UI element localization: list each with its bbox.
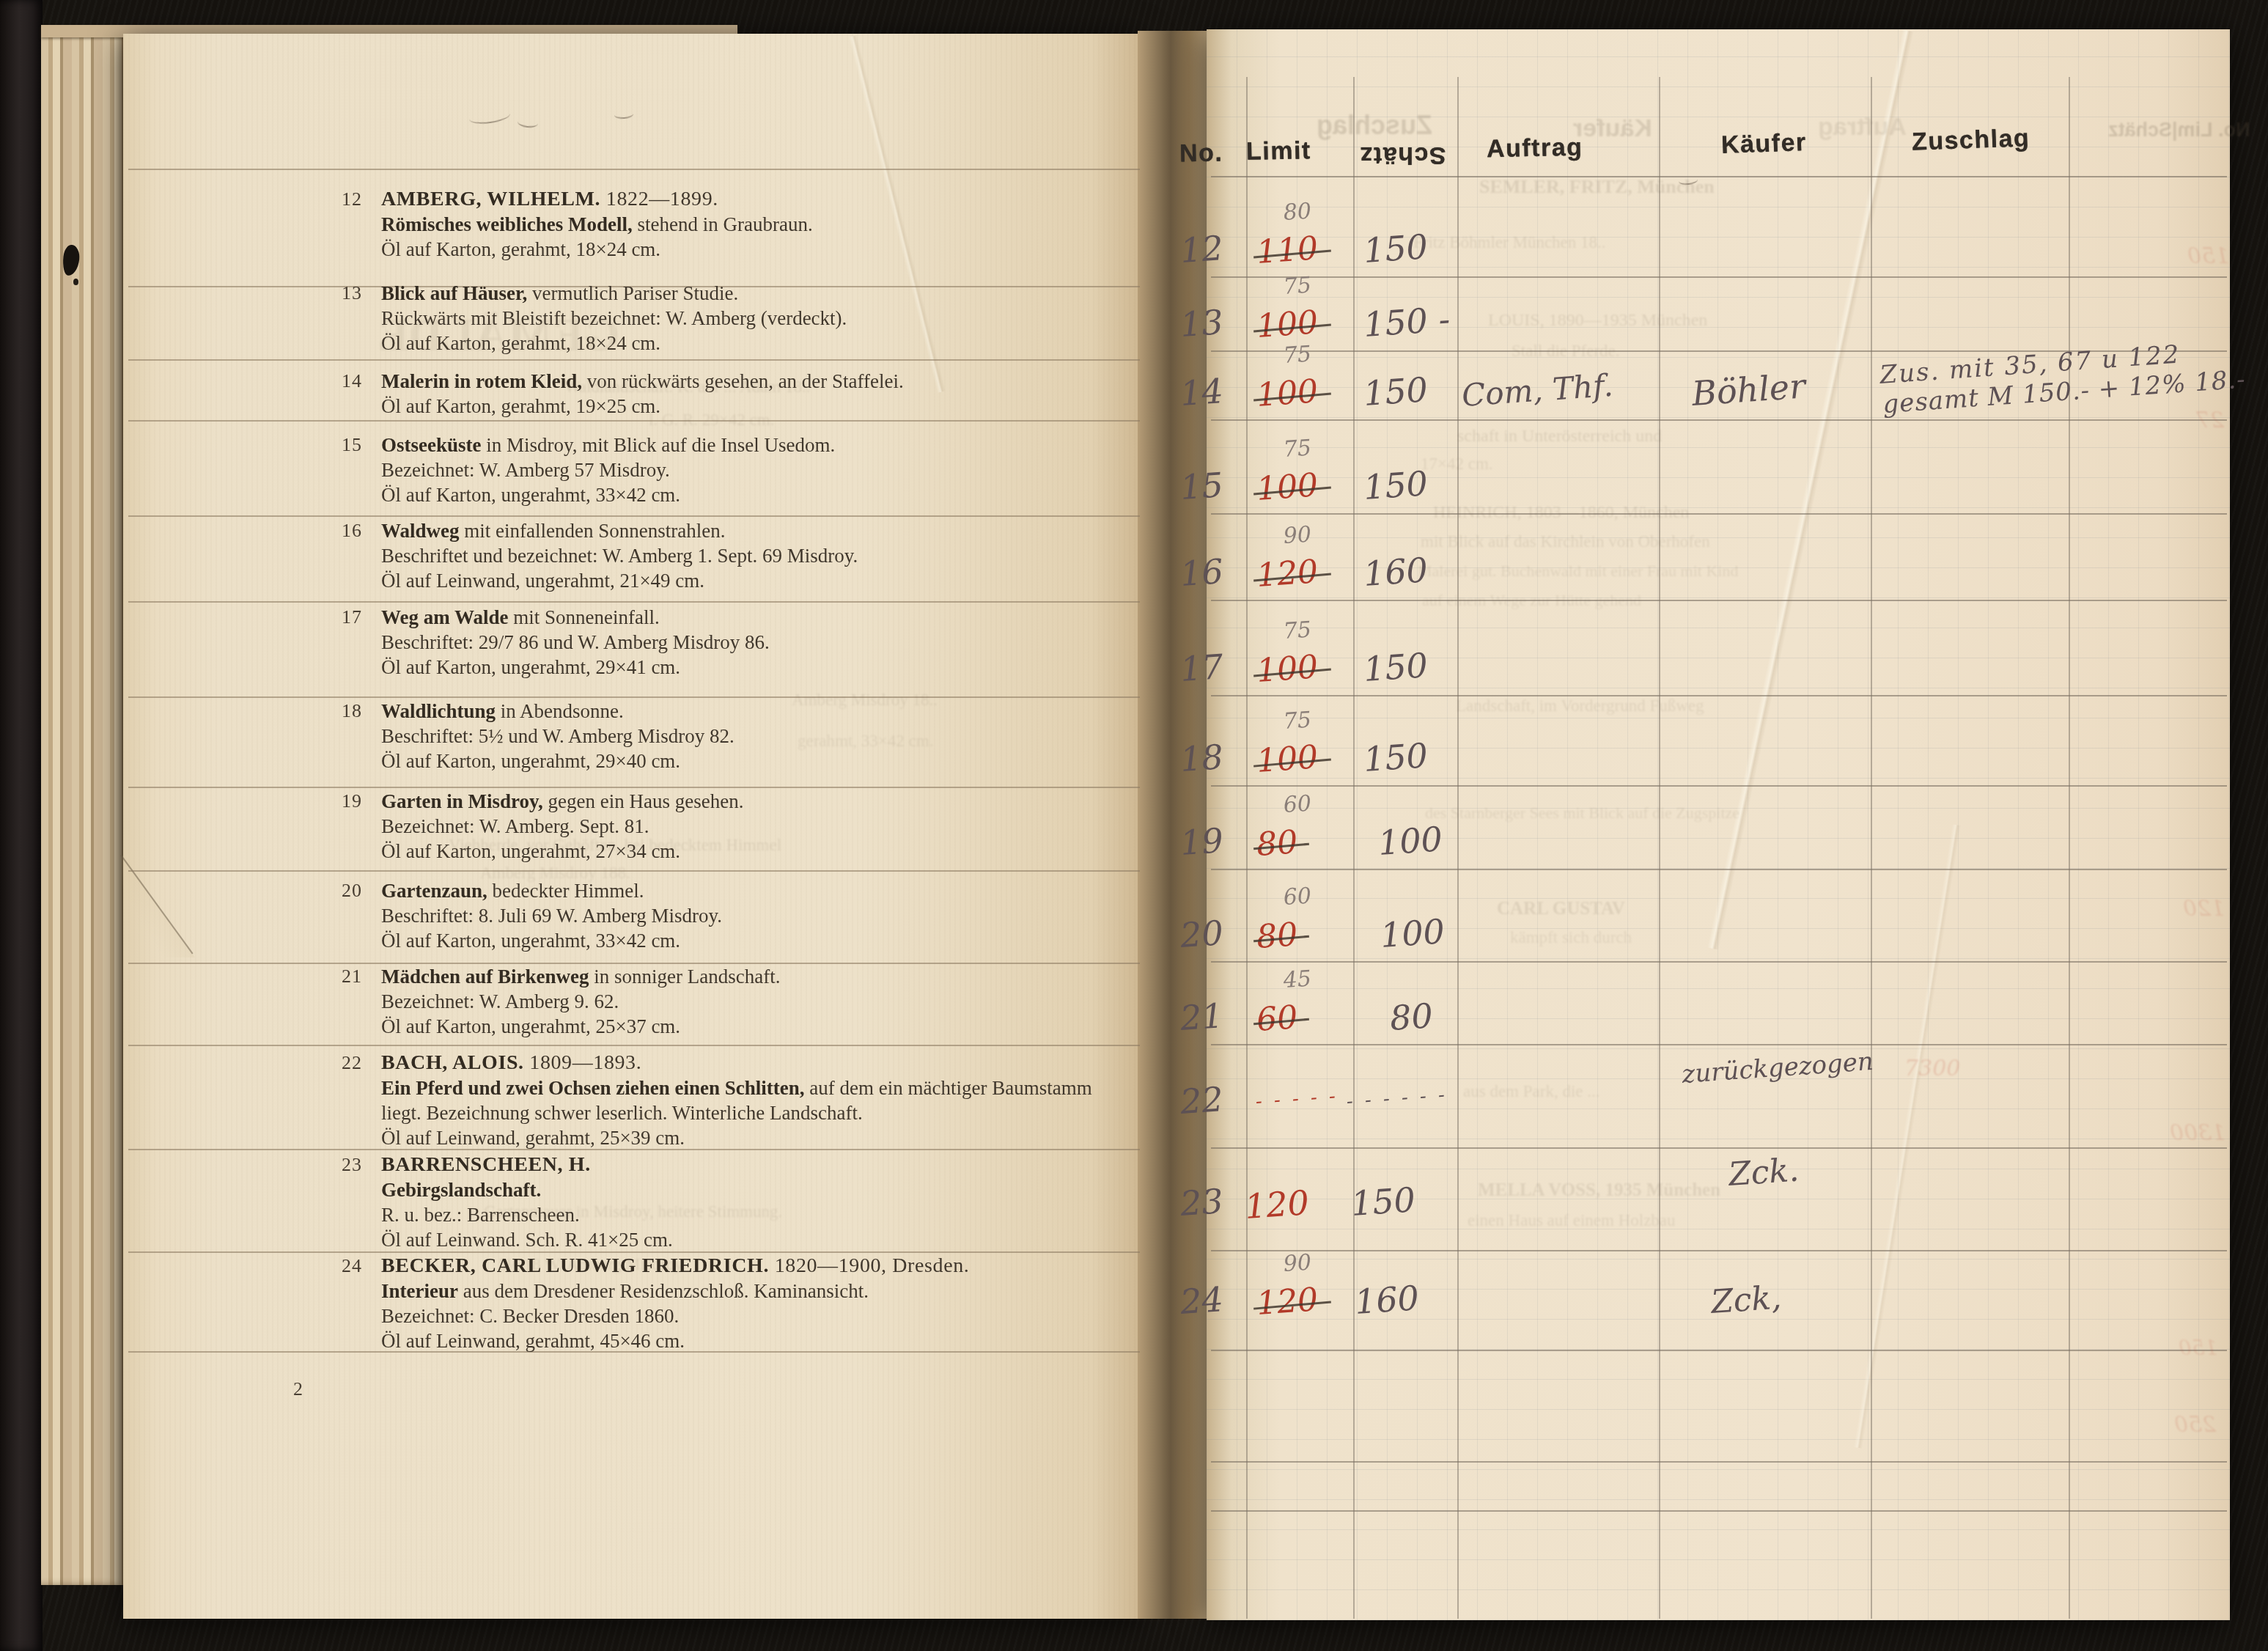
catalog-entry-lines: Gartenzaun, bedeckter Himmel.Beschriftet…	[381, 878, 722, 953]
catalog-entry-line: Bezeichnet: W. Amberg. Sept. 81.	[381, 814, 743, 839]
catalog-entry-line: liegt. Bezeichnung schwer leserlich. Win…	[381, 1100, 1092, 1125]
catalog-entry-line: Ostseeküste in Misdroy, mit Blick auf di…	[381, 433, 835, 457]
catalog-entry-number: 23	[315, 1152, 362, 1252]
limit-old-value: 100	[1255, 372, 1319, 414]
entry-line-text: liegt. Bezeichnung schwer leserlich. Win…	[381, 1102, 863, 1124]
catalog-entry-number: 18	[315, 699, 362, 773]
catalog-entry-line: Garten in Misdroy, gegen ein Haus gesehe…	[381, 789, 743, 814]
entry-line-text: in sonniger Landschaft.	[589, 966, 781, 988]
catalog-entry-line: Mädchen auf Birkenweg in sonniger Landsc…	[381, 964, 780, 989]
printed-rule-line	[128, 870, 1140, 872]
catalog-entry-number: 16	[315, 518, 362, 593]
estimate-value: 150	[1362, 735, 1429, 779]
lot-number-handwritten: 23	[1179, 1181, 1224, 1224]
catalog-entry-number: 14	[315, 369, 362, 419]
ink-blot	[73, 279, 78, 285]
ghost-bleedthrough-text: des Starnberger Sees mit Blick auf die Z…	[1425, 804, 1739, 823]
entry-line-text: Öl auf Karton, gerahmt, 18×24 cm.	[381, 238, 660, 260]
ghost-bleedthrough-text: Viehherde, vor Gehöften, bei bedecktem H…	[449, 836, 781, 855]
limit-new-value: 80	[1283, 198, 1313, 226]
entry-line-text: Öl auf Karton, ungerahmt, 29×40 cm.	[381, 750, 680, 772]
entry-line-bold: Waldlichtung	[381, 700, 496, 722]
catalog-entry-line: Bezeichnet: C. Becker Dresden 1860.	[381, 1303, 969, 1328]
catalog-entry-line: Ein Pferd und zwei Ochsen ziehen einen S…	[381, 1075, 1092, 1100]
entry-line-text: Öl auf Leinwand, gerahmt, 45×46 cm.	[381, 1330, 685, 1352]
entry-line-bold: Interieur	[381, 1280, 458, 1302]
limit-new-value: 60	[1283, 883, 1313, 911]
entry-line-text: stehend in Graubraun.	[633, 213, 813, 235]
ghost-bleedthrough-text: 5½ 18 W. Amberg Misdroy.	[498, 1255, 686, 1274]
limit-new-value: 90	[1283, 521, 1313, 549]
ghost-bleedthrough-text: 17×42 cm.	[1421, 455, 1493, 474]
estimate-value: 160	[1353, 1278, 1420, 1322]
ledger-rule-line	[1211, 1250, 2227, 1251]
catalog-entry-lines: Mädchen auf Birkenweg in sonniger Landsc…	[381, 964, 780, 1039]
column-header-limit: Limit	[1246, 136, 1311, 166]
lot-number-handwritten: 18	[1179, 737, 1224, 779]
limit-new-value: 75	[1283, 707, 1313, 735]
buyer-note: Zck,	[1709, 1279, 1782, 1321]
ledger-rule-line	[1211, 785, 2227, 787]
ghost-bleedthrough-text: Käufer	[1573, 114, 1652, 143]
limit-new-value: 90	[1283, 1249, 1313, 1277]
ghost-bleedthrough-text: mit Blick auf das Kirchlein von Oberhofe…	[1421, 532, 1710, 551]
artist-name-line: AMBERG, WILHELM. 1822—1899.	[381, 187, 813, 212]
ghost-bleedthrough-text: aus dem Park, die ...	[1463, 1082, 1600, 1101]
limit-new-value: 75	[1283, 435, 1313, 463]
entry-line-bold: AMBERG, WILHELM.	[381, 188, 600, 210]
ghost-bleedthrough-text: 250	[2174, 1412, 2216, 1438]
lot-number-handwritten: 16	[1179, 551, 1224, 594]
catalog-entry-line: Öl auf Karton, ungerahmt, 25×37 cm.	[381, 1014, 780, 1039]
catalog-entry-line: Öl auf Karton, ungerahmt, 33×42 cm.	[381, 482, 835, 507]
ledger-rule-line	[1211, 1350, 2227, 1351]
ledger-column-line	[1353, 77, 1355, 1619]
buyer-note: Böhler	[1690, 366, 1806, 413]
catalog-entry-line: Bezeichnet: W. Amberg 9. 62.	[381, 989, 780, 1014]
entry-line-text: Bezeichnet: W. Amberg 57 Misdroy.	[381, 459, 670, 481]
catalog-entry-line: Öl auf Karton, gerahmt, 19×25 cm.	[381, 394, 904, 419]
entry-line-bold: Gartenzaun,	[381, 880, 487, 902]
entry-line-text: aus dem Dresdener Residenzschloß. Kamina…	[458, 1280, 869, 1302]
entry-line-text: Bezeichnet: C. Becker Dresden 1860.	[381, 1305, 679, 1327]
ghost-bleedthrough-text: Malerei gut. Buchenwald mit einer Frau m…	[1418, 562, 1738, 581]
entry-line-text: Bezeichnet: W. Amberg 9. 62.	[381, 990, 619, 1012]
catalog-entry-line: Interieur aus dem Dresdener Residenzschl…	[381, 1279, 969, 1303]
ghost-bleedthrough-text: No. Lim|Schätz	[2108, 119, 2250, 141]
ghost-bleedthrough-text: auf einem Wege zur Hütte gehend	[1422, 591, 1641, 610]
estimate-value: 100	[1379, 911, 1446, 955]
entry-line-text: Öl auf Leinwand, ungerahmt, 21×49 cm.	[381, 570, 704, 592]
lot-number-handwritten: 20	[1179, 913, 1224, 955]
catalog-entry-number: 21	[315, 964, 362, 1039]
printed-rule-line	[128, 515, 1140, 517]
catalog-entry: 12AMBERG, WILHELM. 1822—1899.Römisches w…	[315, 187, 813, 262]
document-page-number: 2	[293, 1378, 303, 1400]
ghost-bleedthrough-text: l. G. R. 29×42 cm.	[649, 411, 774, 430]
ghost-bleedthrough-text: 150	[2187, 243, 2229, 269]
ledger-rule-line	[1211, 1510, 2227, 1512]
catalog-entry-line: Öl auf Leinwand, ungerahmt, 21×49 cm.	[381, 568, 858, 593]
ledger-rule-line	[1211, 600, 2227, 601]
catalog-entry-line: Öl auf Karton, ungerahmt, 29×41 cm.	[381, 655, 770, 680]
printed-rule-line	[128, 359, 1140, 361]
catalog-entry-number: 13	[315, 281, 362, 356]
entry-line-bold: Ein Pferd und zwei Ochsen ziehen einen S…	[381, 1077, 805, 1099]
lot-number-handwritten: 14	[1179, 371, 1224, 413]
ghost-bleedthrough-text: Stall die Pferde.	[1512, 342, 1620, 361]
ledger-rule-line	[1211, 869, 2227, 870]
right-page	[1207, 29, 2230, 1620]
entry-line-text: in Misdroy, mit Blick auf die Insel Used…	[482, 434, 836, 456]
catalog-entry-lines: AMBERG, WILHELM. 1822—1899.Römisches wei…	[381, 187, 813, 262]
catalog-entry-line: Öl auf Karton, ungerahmt, 33×42 cm.	[381, 928, 722, 953]
lot-number-handwritten: 12	[1179, 228, 1224, 271]
lot-number-handwritten: 22	[1179, 1079, 1224, 1122]
catalog-entry-lines: Ostseeküste in Misdroy, mit Blick auf di…	[381, 433, 835, 507]
ghost-bleedthrough-text: Amberg Misdroy 18..	[792, 691, 938, 710]
ghost-bleedthrough-text: Zuschlag	[1317, 110, 1432, 141]
estimate-value: 150	[1362, 463, 1429, 507]
ghost-bleedthrough-text: schaft in Unterösterreich und	[1457, 427, 1662, 446]
artist-name-line: BARRENSCHEEN, H.	[381, 1152, 673, 1177]
entry-line-bold: Garten in Misdroy,	[381, 790, 543, 812]
entry-line-bold: Blick auf Häuser,	[381, 282, 527, 304]
ghost-bleedthrough-text: LOUIS, 1890—1935 München	[1488, 311, 1707, 331]
estimate-value: 80	[1388, 996, 1434, 1038]
catalog-entry-line: Öl auf Leinwand. Sch. R. 41×25 cm.	[381, 1227, 673, 1252]
catalog-entry-number: 22	[315, 1051, 362, 1150]
ledger-column-line	[1871, 77, 1872, 1619]
entry-line-text: mit Sonneneinfall.	[509, 606, 660, 628]
catalog-entry-line: Bezeichnet: W. Amberg 57 Misdroy.	[381, 457, 835, 482]
entry-line-text: Öl auf Karton, ungerahmt, 25×37 cm.	[381, 1015, 680, 1037]
catalog-entry: 18Waldlichtung in Abendsonne.Beschriftet…	[315, 699, 734, 773]
catalog-entry-line: Römisches weibliches Modell, stehend in …	[381, 212, 813, 237]
catalog-entry: 17Weg am Walde mit Sonneneinfall.Beschri…	[315, 605, 770, 680]
ghost-bleedthrough-text: Landschaft, im Vordergrund Fußweg	[1456, 696, 1704, 716]
ledger-rule-line	[1211, 1044, 2227, 1045]
entry-line-text: Öl auf Karton, ungerahmt, 33×42 cm.	[381, 930, 680, 952]
entry-line-text: vermutlich Pariser Studie.	[527, 282, 738, 304]
entry-line-text: 1809—1893.	[524, 1051, 642, 1074]
printed-rule-line	[128, 1045, 1140, 1046]
catalog-entry-lines: Waldweg mit einfallenden Sonnenstrahlen.…	[381, 518, 858, 593]
ghost-bleedthrough-text: HEINRICH, 1803—1860, München	[1433, 503, 1689, 523]
limit-new-value: 75	[1283, 341, 1313, 369]
entry-line-bold: BACH, ALOIS.	[381, 1051, 524, 1074]
entry-line-bold: Weg am Walde	[381, 606, 509, 628]
catalog-entry-line: Weg am Walde mit Sonneneinfall.	[381, 605, 770, 630]
lot-number-handwritten: 21	[1179, 996, 1224, 1038]
entry-line-text: bedeckter Himmel.	[487, 880, 644, 902]
catalog-entry-number: 19	[315, 789, 362, 864]
limit-old-value: 100	[1255, 304, 1319, 345]
catalog-entry-number: 24	[315, 1254, 362, 1353]
entry-line-bold: Waldweg	[381, 520, 460, 542]
limit-old-value: 100	[1255, 466, 1319, 508]
ledger-column-line	[1457, 77, 1459, 1619]
entry-line-bold: Gebirgslandschaft.	[381, 1179, 541, 1201]
limit-new-value: 60	[1283, 790, 1313, 818]
catalog-entry-line: Waldweg mit einfallenden Sonnenstrahlen.	[381, 518, 858, 543]
catalog-entry-number: 15	[315, 433, 362, 507]
printed-rule-line	[128, 169, 1140, 170]
lot-number-handwritten: 24	[1179, 1279, 1224, 1322]
ledger-rule-line	[1211, 961, 2227, 963]
catalog-entry-number: 12	[315, 187, 362, 262]
entry-line-text: Öl auf Leinwand, gerahmt, 25×39 cm.	[381, 1127, 685, 1149]
ghost-bleedthrough-text: GEMÄLDE	[378, 308, 620, 362]
limit-new-value: 45	[1283, 966, 1313, 993]
ghost-bleedthrough-text: 7300	[1904, 1056, 1960, 1081]
catalog-entry-line: Öl auf Karton, ungerahmt, 29×40 cm.	[381, 749, 734, 773]
ghost-bleedthrough-text: 120	[2183, 896, 2225, 922]
limit-new-value: 75	[1283, 617, 1313, 644]
ledger-column-line	[2069, 77, 2070, 1619]
entry-line-text: gegen ein Haus gesehen.	[543, 790, 744, 812]
limit-old-value: 100	[1255, 648, 1319, 690]
catalog-entry-line: Öl auf Leinwand, gerahmt, 45×46 cm.	[381, 1328, 969, 1353]
entry-line-bold: Malerin in rotem Kleid,	[381, 370, 582, 392]
catalog-entry-line: Beschriftet und bezeichnet: W. Amberg 1.…	[381, 543, 858, 568]
ledger-rule-line	[1211, 695, 2227, 696]
estimate-value: 150 -	[1362, 299, 1451, 345]
limit-old-value: 60	[1255, 999, 1298, 1039]
limit-old-value: 110	[1255, 229, 1319, 271]
ghost-bleedthrough-text: Auftrag	[1818, 113, 1907, 141]
entry-line-text: Bezeichnet: W. Amberg. Sept. 81.	[381, 815, 649, 837]
entry-line-text: Beschriftet und bezeichnet: W. Amberg 1.…	[381, 545, 858, 567]
printed-rule-line	[128, 787, 1140, 788]
ghost-bleedthrough-text: Gartenmauer in Misdroy, heitere Stimmung…	[484, 1202, 782, 1221]
ghost-bleedthrough-text: Amberg Misdroy 188.	[480, 864, 630, 883]
ledger-rule-line	[1211, 419, 2227, 421]
scanned-auction-catalog-spread: No.LimitSchätzAuftragKäuferZuschlag12AMB…	[0, 0, 2268, 1651]
ghost-bleedthrough-text: Fritz Böhmler München 18..	[1413, 233, 1606, 252]
estimate-value: 100	[1377, 819, 1443, 863]
entry-line-text: auf dem ein mächtiger Baumstamm	[805, 1077, 1092, 1099]
limit-old-value: 120	[1255, 1281, 1319, 1323]
limit-old-value: 120	[1243, 1183, 1310, 1227]
entry-line-bold: BARRENSCHEEN, H.	[381, 1153, 591, 1176]
column-header-zuschlag: Zuschlag	[1911, 124, 2030, 157]
printed-rule-line	[128, 420, 1140, 422]
limit-old-value: 120	[1255, 553, 1319, 595]
ledger-rule-line	[1211, 1461, 2227, 1463]
printed-rule-line	[128, 601, 1140, 603]
entry-line-text: 1822—1899.	[600, 188, 718, 210]
column-header-kaeufer: Käufer	[1720, 128, 1807, 160]
entry-line-text: mit einfallenden Sonnenstrahlen.	[460, 520, 726, 542]
catalog-entry: 22BACH, ALOIS. 1809—1893.Ein Pferd und z…	[315, 1051, 1092, 1150]
entry-line-text: Öl auf Karton, ungerahmt, 29×41 cm.	[381, 656, 680, 678]
catalog-entry-lines: Waldlichtung in Abendsonne.Beschriftet: …	[381, 699, 734, 773]
ghost-bleedthrough-text: CARL GUSTAV	[1497, 899, 1625, 919]
entry-line-text: Öl auf Leinwand. Sch. R. 41×25 cm.	[381, 1229, 673, 1251]
ghost-bleedthrough-text: gerahmt, 33×42 cm.	[798, 732, 933, 751]
ledger-rule-line	[1211, 176, 2227, 177]
entry-line-bold: Mädchen auf Birkenweg	[381, 966, 589, 988]
ghost-bleedthrough-text: MELLA VOSS, 1935 München	[1478, 1180, 1720, 1201]
lot-number-handwritten: 17	[1179, 647, 1224, 689]
ghost-bleedthrough-text: kämpft sich durch	[1510, 928, 1632, 947]
estimate-value: 150	[1350, 1180, 1416, 1224]
column-header-auftrag: Auftrag	[1487, 133, 1583, 163]
entry-line-text: Beschriftet: 5½ und W. Amberg Misdroy 82…	[381, 725, 734, 747]
column-header-schaetz: Schätz	[1359, 141, 1446, 169]
column-header-no: No.	[1179, 139, 1223, 168]
catalog-entry-line: Waldlichtung in Abendsonne.	[381, 699, 734, 724]
catalog-entry-line: Öl auf Leinwand, gerahmt, 25×39 cm.	[381, 1125, 1092, 1150]
lot-number-handwritten: 15	[1179, 465, 1224, 507]
printed-rule-line	[128, 696, 1140, 698]
artist-name-line: BACH, ALOIS. 1809—1893.	[381, 1051, 1092, 1075]
limit-new-value: 75	[1283, 272, 1313, 300]
catalog-entry-line: Blick auf Häuser, vermutlich Pariser Stu…	[381, 281, 847, 306]
entry-line-bold: Ostseeküste	[381, 434, 482, 456]
ledger-rule-line	[1211, 513, 2227, 515]
entry-line-text: 1820—1900, Dresden.	[769, 1254, 969, 1277]
catalog-entry-line: Öl auf Karton, gerahmt, 18×24 cm.	[381, 237, 813, 262]
catalog-entry: 15Ostseeküste in Misdroy, mit Blick auf …	[315, 433, 835, 507]
entry-line-bold: Römisches weibliches Modell,	[381, 213, 633, 235]
entry-line-text: Öl auf Karton, gerahmt, 19×25 cm.	[381, 395, 660, 417]
ghost-bleedthrough-text: einen Haus auf einem Holzbau	[1468, 1211, 1676, 1230]
entry-line-text: Beschriftet: 29/7 86 und W. Amberg Misdr…	[381, 631, 770, 653]
catalog-entry: 20Gartenzaun, bedeckter Himmel.Beschrift…	[315, 878, 722, 953]
entry-line-text: Öl auf Karton, ungerahmt, 33×42 cm.	[381, 484, 680, 506]
lot-number-handwritten: 19	[1179, 820, 1224, 863]
ghost-bleedthrough-text: 1300	[2170, 1120, 2225, 1146]
catalog-entry-number: 17	[315, 605, 362, 680]
ghost-bleedthrough-text: SEMLER, FRITZ, München	[1479, 176, 1715, 198]
catalog-entry-line: Beschriftet: 5½ und W. Amberg Misdroy 82…	[381, 724, 734, 749]
limit-old-value: 80	[1255, 916, 1298, 956]
ghost-bleedthrough-text: 150	[2179, 1336, 2217, 1360]
ledger-column-line	[1659, 77, 1660, 1619]
limit-old-value: 80	[1255, 823, 1298, 864]
estimate-value: 150	[1362, 369, 1429, 413]
ghost-bleedthrough-text: Waldlandschaft. K. auf ... Adam 18..	[564, 378, 810, 397]
buyer-note: Zck.	[1727, 1151, 1800, 1194]
catalog-entry-line: Beschriftet: 29/7 86 und W. Amberg Misdr…	[381, 630, 770, 655]
ledger-column-line	[1246, 77, 1248, 1619]
book-binding-edge	[0, 0, 43, 1651]
catalog-entry-lines: BACH, ALOIS. 1809—1893.Ein Pferd und zwe…	[381, 1051, 1092, 1150]
catalog-entry: 21Mädchen auf Birkenweg in sonniger Land…	[315, 964, 780, 1039]
ledger-rule-line	[1211, 276, 2227, 278]
ledger-rule-line	[1211, 1147, 2227, 1149]
catalog-entry-lines: Weg am Walde mit Sonneneinfall.Beschrift…	[381, 605, 770, 680]
page-stack-edge	[41, 25, 125, 1585]
limit-old-value: 100	[1255, 738, 1319, 780]
catalog-entry-number: 20	[315, 878, 362, 953]
catalog-entry-line: Gebirgslandschaft.	[381, 1177, 673, 1202]
catalog-entry-line: Beschriftet: 8. Juli 69 W. Amberg Misdro…	[381, 903, 722, 928]
estimate-value: 150	[1362, 645, 1429, 689]
ghost-bleedthrough-text: 27	[2196, 408, 2224, 433]
entry-line-text: in Abendsonne.	[496, 700, 624, 722]
catalog-entry: 16Waldweg mit einfallenden Sonnenstrahle…	[315, 518, 858, 593]
lot-number-handwritten: 13	[1179, 302, 1224, 345]
entry-line-text: Beschriftet: 8. Juli 69 W. Amberg Misdro…	[381, 905, 722, 927]
